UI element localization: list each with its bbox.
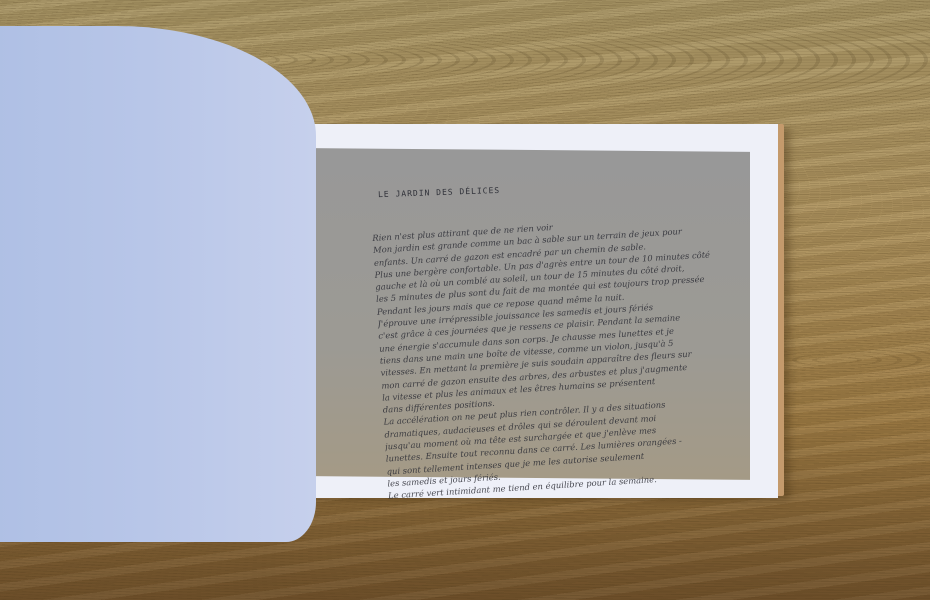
handwritten-text: Rien n'est plus attirant que de ne rien … — [372, 211, 728, 502]
left-page-curled — [0, 26, 316, 542]
